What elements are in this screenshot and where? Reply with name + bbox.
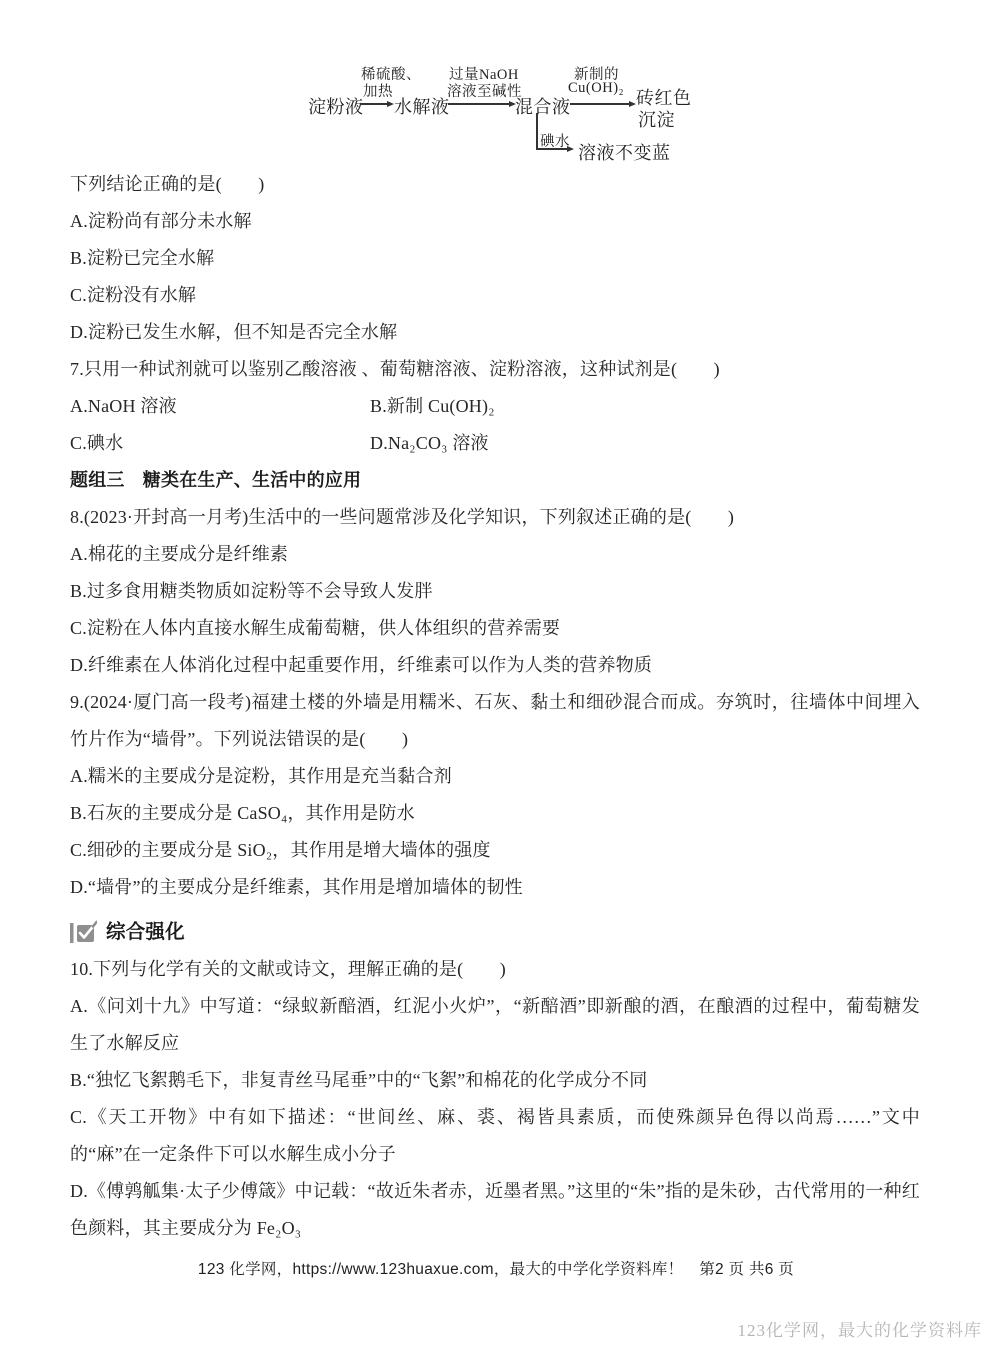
q9-option-c: C.细砂的主要成分是 SiO₂，其作用是增大墙体的强度 <box>70 832 920 869</box>
diagram-node-mixture: 混合液 <box>515 93 571 119</box>
q6-option-b: B.淀粉已完全水解 <box>70 240 920 277</box>
q10-stem: 10.下列与化学有关的文献或诗文，理解正确的是( ) <box>70 951 920 988</box>
watermark: 123化学网，最大的化学资料库 <box>738 1316 983 1341</box>
q9-option-b: B.石灰的主要成分是 CaSO₄，其作用是防水 <box>70 795 920 832</box>
diagram-result-line2: 沉淀 <box>638 106 675 132</box>
q8-option-c: C.淀粉在人体内直接水解生成葡萄糖，供人体组织的营养需要 <box>70 610 920 647</box>
q6-option-c: C.淀粉没有水解 <box>70 277 920 314</box>
diagram-node-hydrolysate: 水解液 <box>394 93 450 119</box>
diagram-node-starch: 淀粉液 <box>308 93 364 119</box>
section-header: 综合强化 <box>70 914 920 951</box>
q7-option-d: D.Na₂CO₃ 溶液 <box>370 425 920 462</box>
diagram-branch-result: 溶液不变蓝 <box>578 139 671 165</box>
diagram-branch-arrow <box>536 148 572 150</box>
q7-options: A.NaOH 溶液 B.新制 Cu(OH)₂ C.碘水 D.Na₂CO₃ 溶液 <box>70 388 920 462</box>
q7-stem: 7.只用一种试剂就可以鉴别乙酸溶液 、葡萄糖溶液、淀粉溶液，这种试剂是( ) <box>70 351 920 388</box>
section-title: 综合强化 <box>106 914 185 951</box>
checkbox-check-icon <box>70 920 97 945</box>
q8-option-d: D.纤维素在人体消化过程中起重要作用，纤维素可以作为人类的营养物质 <box>70 647 920 684</box>
q10-option-a: A.《问刘十九》中写道：“绿蚁新醅酒，红泥小火炉”，“新醅酒”即新酿的酒，在酿酒… <box>70 988 920 1062</box>
q7-option-a: A.NaOH 溶液 <box>70 388 370 425</box>
q7-option-b: B.新制 Cu(OH)₂ <box>370 388 920 425</box>
q7-option-c: C.碘水 <box>70 425 370 462</box>
q9-stem: 9.(2024·厦门高一段考)福建土楼的外墙是用糯米、石灰、黏土和细砂混合而成。… <box>70 684 920 758</box>
q8-stem: 8.(2023·开封高一月考)生活中的一些问题常涉及化学知识，下列叙述正确的是(… <box>70 499 920 536</box>
question-content: 下列结论正确的是( ) A.淀粉尚有部分未水解 B.淀粉已完全水解 C.淀粉没有… <box>70 166 920 1247</box>
q6-option-a: A.淀粉尚有部分未水解 <box>70 203 920 240</box>
q6-option-d: D.淀粉已发生水解，但不知是否完全水解 <box>70 314 920 351</box>
q9-option-d: D.“墙骨”的主要成分是纤维素，其作用是增加墙体的韧性 <box>70 869 920 906</box>
diagram-arrow2 <box>448 103 514 105</box>
q10-option-b: B.“独忆飞絮鹅毛下，非复青丝马尾垂”中的“飞絮”和棉花的化学成分不同 <box>70 1062 920 1099</box>
q6-stem: 下列结论正确的是( ) <box>70 166 920 203</box>
q10-option-c: C.《天工开物》中有如下描述：“世间丝、麻、裘、褐皆具素质，而使殊颜异色得以尚焉… <box>70 1099 920 1173</box>
q9-option-a: A.糯米的主要成分是淀粉，其作用是充当黏合剂 <box>70 758 920 795</box>
q8-option-a: A.棉花的主要成分是纤维素 <box>70 536 920 573</box>
diagram-arrow3 <box>570 103 634 105</box>
q8-option-b: B.过多食用糖类物质如淀粉等不会导致人发胖 <box>70 573 920 610</box>
topic-group-header: 题组三 糖类在生产、生活中的应用 <box>70 462 920 499</box>
diagram-arrow2-label-2: 溶液至碱性 <box>447 80 522 101</box>
worksheet-page: 淀粉液 稀硫酸、 加热 水解液 过量NaOH 溶液至碱性 混合液 新制的 Cu(… <box>0 0 992 1347</box>
diagram-arrow1 <box>360 103 392 105</box>
page-footer: 123 化学网，https://www.123huaxue.com，最大的中学化… <box>0 1259 992 1281</box>
diagram-arrow1-label-2: 加热 <box>363 80 393 101</box>
q10-option-d: D.《傅鹑觚集·太子少傅箴》中记载：“故近朱者赤，近墨者黑。”这里的“朱”指的是… <box>70 1173 920 1247</box>
diagram-arrow3-label-2: Cu(OH)₂ <box>568 80 624 97</box>
flow-diagram: 淀粉液 稀硫酸、 加热 水解液 过量NaOH 溶液至碱性 混合液 新制的 Cu(… <box>0 0 992 168</box>
diagram-branch-line <box>536 113 538 149</box>
